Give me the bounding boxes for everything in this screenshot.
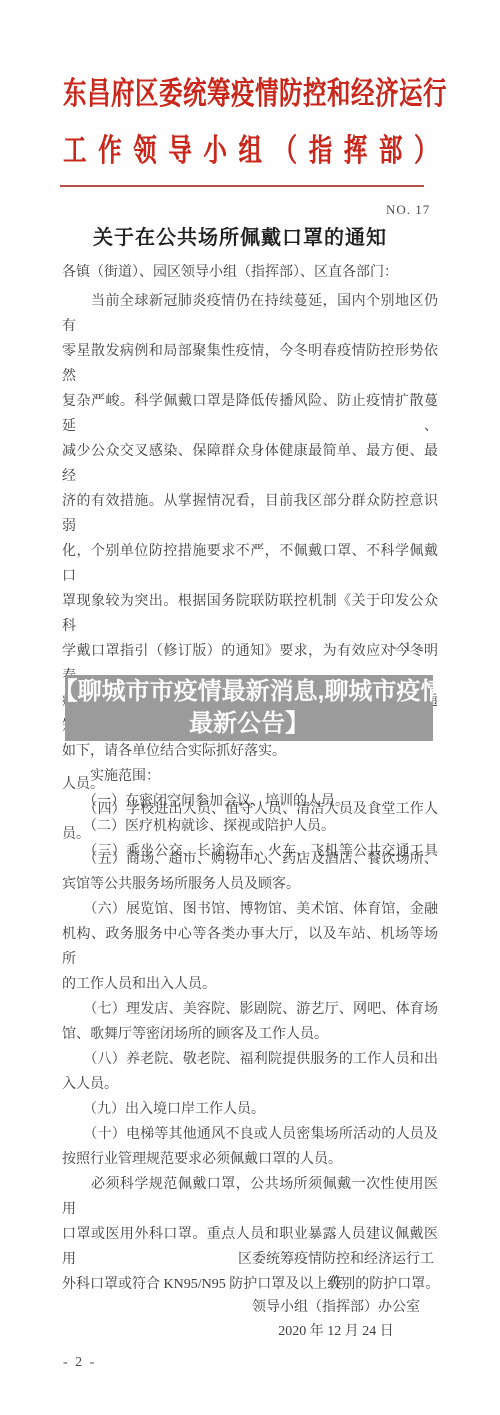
document-text-line: 化，个别单位防控措施要求不严，不佩戴口罩、不科学佩戴口 [62,539,438,589]
document-text-line: 入人员。 [62,1072,438,1097]
document-text-line: 罩现象较为突出。根据国务院联防联控机制《关于印发公众科 [62,589,438,639]
document-text-line: 必须科学规范佩戴口罩，公共场所须佩戴一次性使用医用 [62,1172,438,1222]
document-text-line: 如下，请各单位结合实际抓好落实。 [62,739,438,764]
letterhead-divider-rule [60,185,424,187]
salutation-line: 各镇（街道）、园区领导小组（指挥部）、区直各部门： [62,261,462,281]
document-text-line: 人员。 [62,772,438,797]
document-text-line: 机构、政务服务中心等各类办事大厅，以及车站、机场等场所 [62,922,438,972]
document-text-line: （五）商场、超市、购物中心、药店及酒店、餐饮场所、 [62,847,438,872]
document-text-line: （七）理发店、美容院、影剧院、游艺厅、网吧、体育场 [62,997,438,1022]
caption-line: 【聊城市市疫情最新消息,聊城市疫情 [54,676,445,708]
document-number: NO. 17 [386,202,430,218]
document-text-line: 减少公众交叉感染、保障群众身体健康最简单、最方便、最经 [62,439,438,489]
document-text-line: 零星散发病例和局部聚集性疫情，今冬明春疫情防控形势依然 [62,339,438,389]
page-number-2: - 2 - [63,1355,96,1371]
document-text-line: （四）学校进出人员、值守人员、清洁人员及食堂工作人 [62,797,438,822]
letterhead-line-1: 东昌府区委统筹疫情防控和经济运行 [63,74,438,114]
document-text-line: 济的有效措施。从掌握情况看，目前我区部分群众防控意识弱 [62,489,438,539]
document-text-line: （六）展览馆、图书馆、博物馆、美术馆、体育馆，金融 [62,897,438,922]
page-number-1: - 1 - [392,640,425,656]
signature-block: 区委统筹疫情防控和经济运行工作 领导小组（指挥部）办公室 2020 年 12 月… [235,1248,437,1344]
signature-org-line-2: 领导小组（指挥部）办公室 [235,1296,437,1320]
document-text-line: （八）养老院、敬老院、福利院提供服务的工作人员和出 [62,1047,438,1072]
document-text-line: 当前全球新冠肺炎疫情仍在持续蔓延，国内个别地区仍有 [62,289,438,339]
document-text-line: 宾馆等公共服务场所服务人员及顾客。 [62,872,438,897]
news-caption-overlay: 【聊城市市疫情最新消息,聊城市疫情最新公告】 [65,675,433,741]
notice-title: 关于在公共场所佩戴口罩的通知 [0,221,480,250]
signature-org-line-1: 区委统筹疫情防控和经济运行工作 [235,1248,437,1296]
document-text-line: 按照行业管理规范要求必须佩戴口罩的人员。 [62,1147,438,1172]
caption-line: 最新公告】 [189,708,309,740]
document-text-line: （九）出入境口岸工作人员。 [62,1097,438,1122]
document-text-line: 复杂严峻。科学佩戴口罩是降低传播风险、防止疫情扩散蔓延、 [62,389,438,439]
document-text-line: 馆、歌舞厅等密闭场所的顾客及工作人员。 [62,1022,438,1047]
signature-date: 2020 年 12 月 24 日 [235,1320,437,1344]
notice-body-page2: 人员。 （四）学校进出人员、值守人员、清洁人员及食堂工作人员。 （五）商场、超市… [62,772,438,1297]
document-text-line: （十）电梯等其他通风不良或人员密集场所活动的人员及 [62,1122,438,1147]
document-text-line: 的工作人员和出入人员。 [62,972,438,997]
scanned-notice-document: 东昌府区委统筹疫情防控和经济运行 工作领导小组（指挥部） NO. 17 关于在公… [0,0,500,1415]
letterhead-line-2: 工作领导小组（指挥部） [63,131,438,171]
document-text-line: 员。 [62,822,438,847]
